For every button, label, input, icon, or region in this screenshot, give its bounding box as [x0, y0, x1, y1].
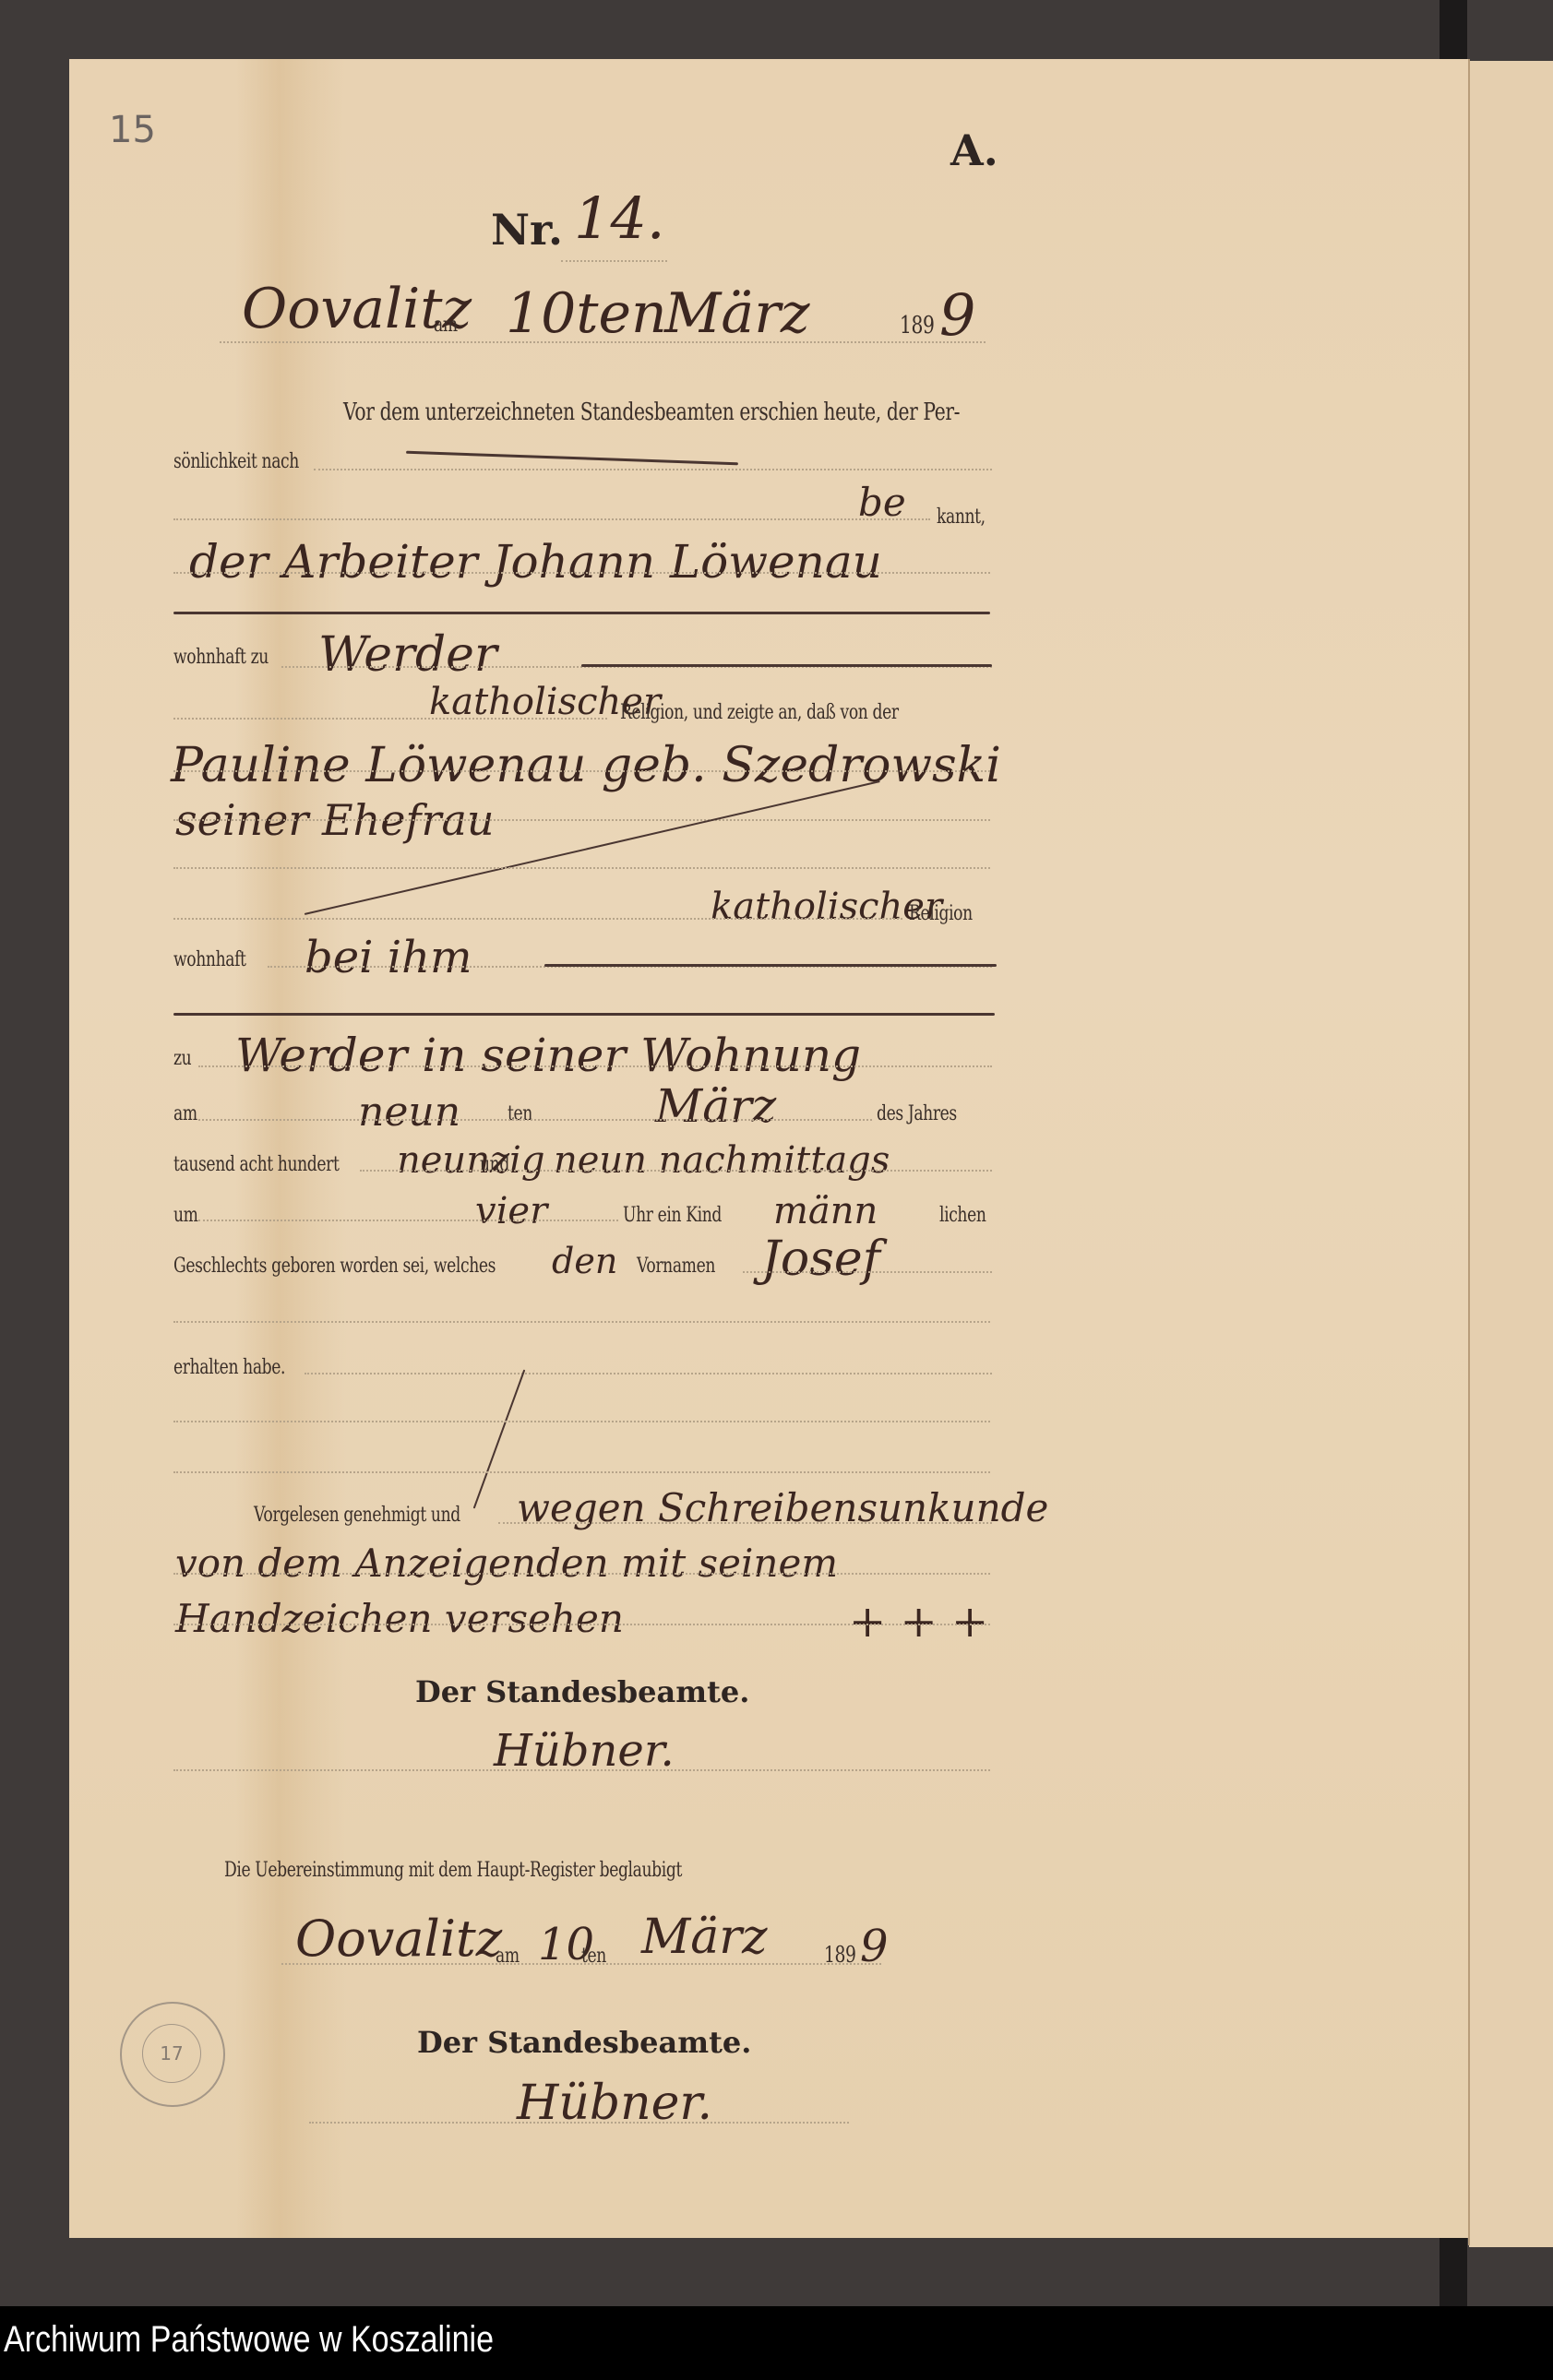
- closing-line-2-dots: [173, 1573, 990, 1575]
- blank-line-4: [173, 1471, 990, 1473]
- birth-year-decade: neunzig: [397, 1139, 544, 1182]
- birth-year-unit-time: neun nachmittags: [554, 1139, 890, 1182]
- blank-line-3: [173, 1421, 990, 1422]
- mother-residence-fill: [544, 964, 997, 967]
- birth-month: März: [655, 1079, 776, 1133]
- ten-suffix: ten: [508, 1102, 532, 1125]
- mother-religion-line: [173, 918, 902, 920]
- year-label: des Jahres: [877, 1102, 957, 1125]
- lichen-suffix: lichen: [939, 1204, 986, 1227]
- closing-line-1-dots: [498, 1522, 992, 1524]
- record-number: 14.: [574, 184, 665, 252]
- archive-footer: Archiwum Państwowe w Koszalinie: [0, 2306, 1553, 2380]
- declarant-fill-line: [173, 612, 990, 614]
- page-fold: [1468, 59, 1470, 2245]
- certification-text: Die Uebereinstimmung mit dem Haupt-Regis…: [224, 1859, 682, 1882]
- birth-place: Werder in seiner Wohnung: [235, 1029, 861, 1082]
- article: den: [552, 1241, 617, 1281]
- official-title: Der Standesbeamte.: [415, 1674, 749, 1709]
- birth-hour: vier: [475, 1190, 547, 1232]
- mother-line: [173, 770, 990, 772]
- header-year-prefix: 189: [900, 312, 935, 339]
- mother-residence-label: wohnhaft: [173, 948, 246, 971]
- blank-fill-line: [173, 1013, 995, 1016]
- known-line: [173, 518, 930, 520]
- closing-line-3: Handzeichen versehen: [175, 1596, 624, 1641]
- birth-place-line: [198, 1065, 992, 1067]
- received-line: [305, 1373, 992, 1374]
- header-year-suffix: 9: [939, 281, 975, 349]
- header-line: [220, 341, 986, 343]
- mother-religion: katholischer: [711, 886, 942, 928]
- und-label: und: [480, 1153, 509, 1176]
- adjacent-page-edge: [1469, 61, 1553, 2247]
- first-name-line: [743, 1271, 992, 1273]
- cert-signature-line: [309, 2122, 849, 2124]
- residence-label: wohnhaft zu: [173, 646, 269, 669]
- birth-day: neun: [358, 1089, 460, 1136]
- child-first-name: Josef: [761, 1232, 880, 1287]
- stamp-center: 17: [142, 2024, 201, 2083]
- personality-line: [314, 469, 992, 470]
- header-day: 10ten: [506, 281, 667, 346]
- um-label: um: [173, 1204, 198, 1227]
- cert-month: März: [641, 1910, 768, 1965]
- residence-fill-line: [581, 664, 992, 667]
- signature-line: [173, 1769, 990, 1771]
- birth-year-line: [360, 1170, 992, 1172]
- intro-text: Vor dem unterzeichneten Standesbeamten e…: [343, 399, 960, 426]
- blank-line-2: [173, 1321, 990, 1323]
- cert-official-title: Der Standesbeamte.: [417, 2025, 751, 2060]
- header-month: März: [664, 281, 810, 346]
- closing-line-3-dots: [173, 1624, 990, 1625]
- signature-marks: + + +: [849, 1596, 988, 1648]
- record-number-line: [561, 260, 667, 262]
- place-zu-label: zu: [173, 1047, 191, 1070]
- blank-line: [173, 867, 990, 869]
- pencil-page-number: 15: [109, 109, 156, 151]
- religion-label: Religion: [909, 902, 973, 925]
- cert-place: Oovalitz: [295, 1910, 502, 1968]
- uhr-kind-label: Uhr ein Kind: [623, 1204, 722, 1227]
- vornamen-label: Vornamen: [637, 1255, 715, 1278]
- thousand-label: tausend acht hundert: [173, 1153, 339, 1176]
- child-sex: männ: [773, 1190, 878, 1232]
- closing-line-2: von dem Anzeigenden mit seinem: [175, 1541, 838, 1586]
- header-am: am: [434, 314, 458, 337]
- mother-name: Pauline Löwenau geb. Szedrowski: [171, 738, 1001, 793]
- residence-value: Werder: [318, 627, 497, 683]
- declarant-line: [173, 572, 990, 574]
- received-label: erhalten habe.: [173, 1356, 285, 1379]
- religion-text: Religion, und zeigte an, daß von der: [620, 701, 899, 724]
- mother-residence-value: bei ihm: [305, 932, 472, 983]
- birth-day-line: [198, 1119, 872, 1121]
- archive-name: Archiwum Państwowe w Koszalinie: [4, 2319, 494, 2361]
- birth-hour-line: [198, 1220, 618, 1221]
- personality-label: sönlichkeit nach: [173, 450, 299, 473]
- am-label: am: [173, 1102, 197, 1125]
- religion-line: [173, 718, 607, 720]
- declarant-name: der Arbeiter Johann Löwenau: [189, 535, 882, 589]
- known-suffix: kannt,: [937, 506, 986, 529]
- sex-born-label: Geschlechts geboren worden sei, welches: [173, 1255, 496, 1278]
- relation-line: [173, 819, 990, 821]
- record-number-label: Nr.: [491, 205, 563, 255]
- archive-stamp: 17: [120, 2002, 225, 2107]
- cert-date-line: [281, 1963, 881, 1965]
- form-letter: A.: [950, 125, 998, 175]
- read-approved-label: Vorgelesen genehmigt und: [254, 1504, 460, 1527]
